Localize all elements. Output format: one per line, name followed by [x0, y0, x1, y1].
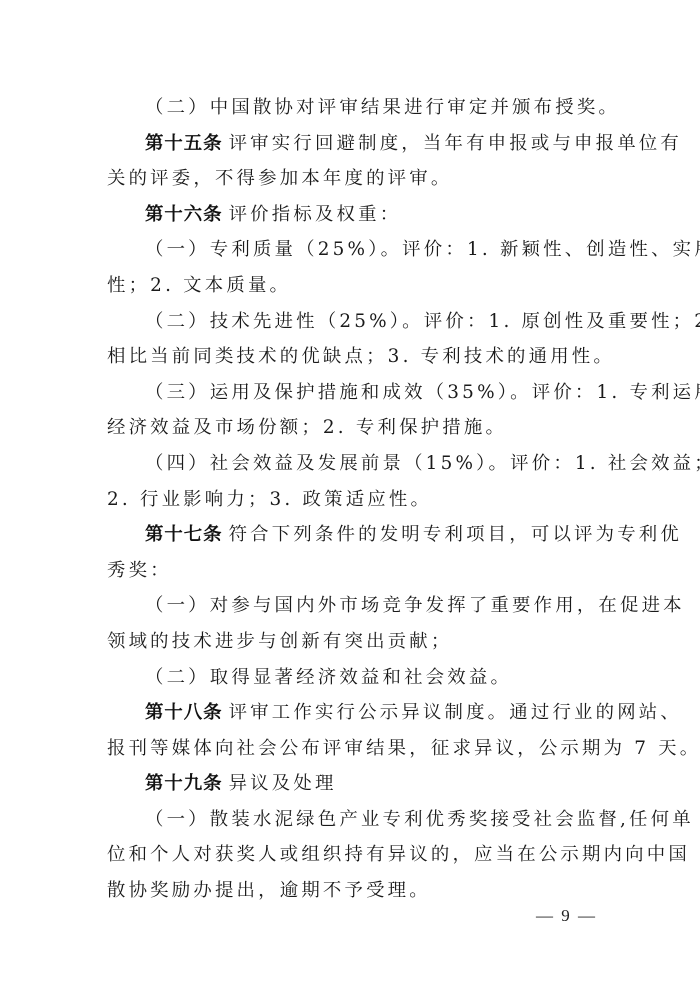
page-number: — 9 —: [536, 906, 597, 926]
paragraph-line: 性；2. 文本质量。: [107, 268, 585, 304]
article-number: 第十八条: [145, 702, 223, 723]
paragraph-line: 领域的技术进步与创新有突出贡献；: [107, 624, 585, 660]
paragraph-line: 秀奖：: [107, 553, 585, 589]
paragraph-line: （二）技术先进性（25%）。评价：1. 原创性及重要性；2.: [107, 304, 585, 340]
article-number: 第十九条: [145, 773, 223, 794]
paragraph-line: 相比当前同类技术的优缺点；3. 专利技术的通用性。: [107, 339, 585, 375]
paragraph-line: （二）取得显著经济效益和社会效益。: [107, 660, 585, 696]
article-19-line: 第十九条异议及处理: [107, 766, 585, 802]
paragraph-line: 位和个人对获奖人或组织持有异议的，应当在公示期内向中国: [107, 837, 585, 873]
article-number: 第十五条: [145, 133, 223, 154]
article-text: 评审实行回避制度，当年有申报或与申报单位有: [229, 133, 682, 154]
paragraph-line: （二）中国散协对评审结果进行审定并颁布授奖。: [107, 90, 585, 126]
paragraph-line: 散协奖励办提出，逾期不予受理。: [107, 873, 585, 909]
paragraph-line: （一）对参与国内外市场竞争发挥了重要作用，在促进本: [107, 588, 585, 624]
article-text: 异议及处理: [229, 773, 337, 794]
paragraph-line: 报刊等媒体向社会公布评审结果，征求异议，公示期为 7 天。: [107, 731, 585, 767]
article-text: 评审工作实行公示异议制度。通过行业的网站、: [229, 702, 682, 723]
article-text: 评价指标及权重：: [229, 204, 402, 225]
paragraph-line: （四）社会效益及发展前景（15%）。评价：1. 社会效益；: [107, 446, 585, 482]
article-text: 符合下列条件的发明专利项目，可以评为专利优: [229, 524, 682, 545]
article-number: 第十七条: [145, 524, 223, 545]
article-18-line: 第十八条评审工作实行公示异议制度。通过行业的网站、: [107, 695, 585, 731]
article-number: 第十六条: [145, 204, 223, 225]
paragraph-line: 关的评委，不得参加本年度的评审。: [107, 161, 585, 197]
paragraph-line: 经济效益及市场份额；2. 专利保护措施。: [107, 410, 585, 446]
paragraph-line: （一）专利质量（25%）。评价：1. 新颖性、创造性、实用: [107, 232, 585, 268]
article-16-line: 第十六条评价指标及权重：: [107, 197, 585, 233]
paragraph-line: 2. 行业影响力；3. 政策适应性。: [107, 482, 585, 518]
article-15-line: 第十五条评审实行回避制度，当年有申报或与申报单位有: [107, 126, 585, 162]
document-body: （二）中国散协对评审结果进行审定并颁布授奖。 第十五条评审实行回避制度，当年有申…: [107, 90, 585, 909]
paragraph-line: （三）运用及保护措施和成效（35%）。评价：1. 专利运用、: [107, 375, 585, 411]
paragraph-line: （一）散装水泥绿色产业专利优秀奖接受社会监督,任何单: [107, 802, 585, 838]
article-17-line: 第十七条符合下列条件的发明专利项目，可以评为专利优: [107, 517, 585, 553]
